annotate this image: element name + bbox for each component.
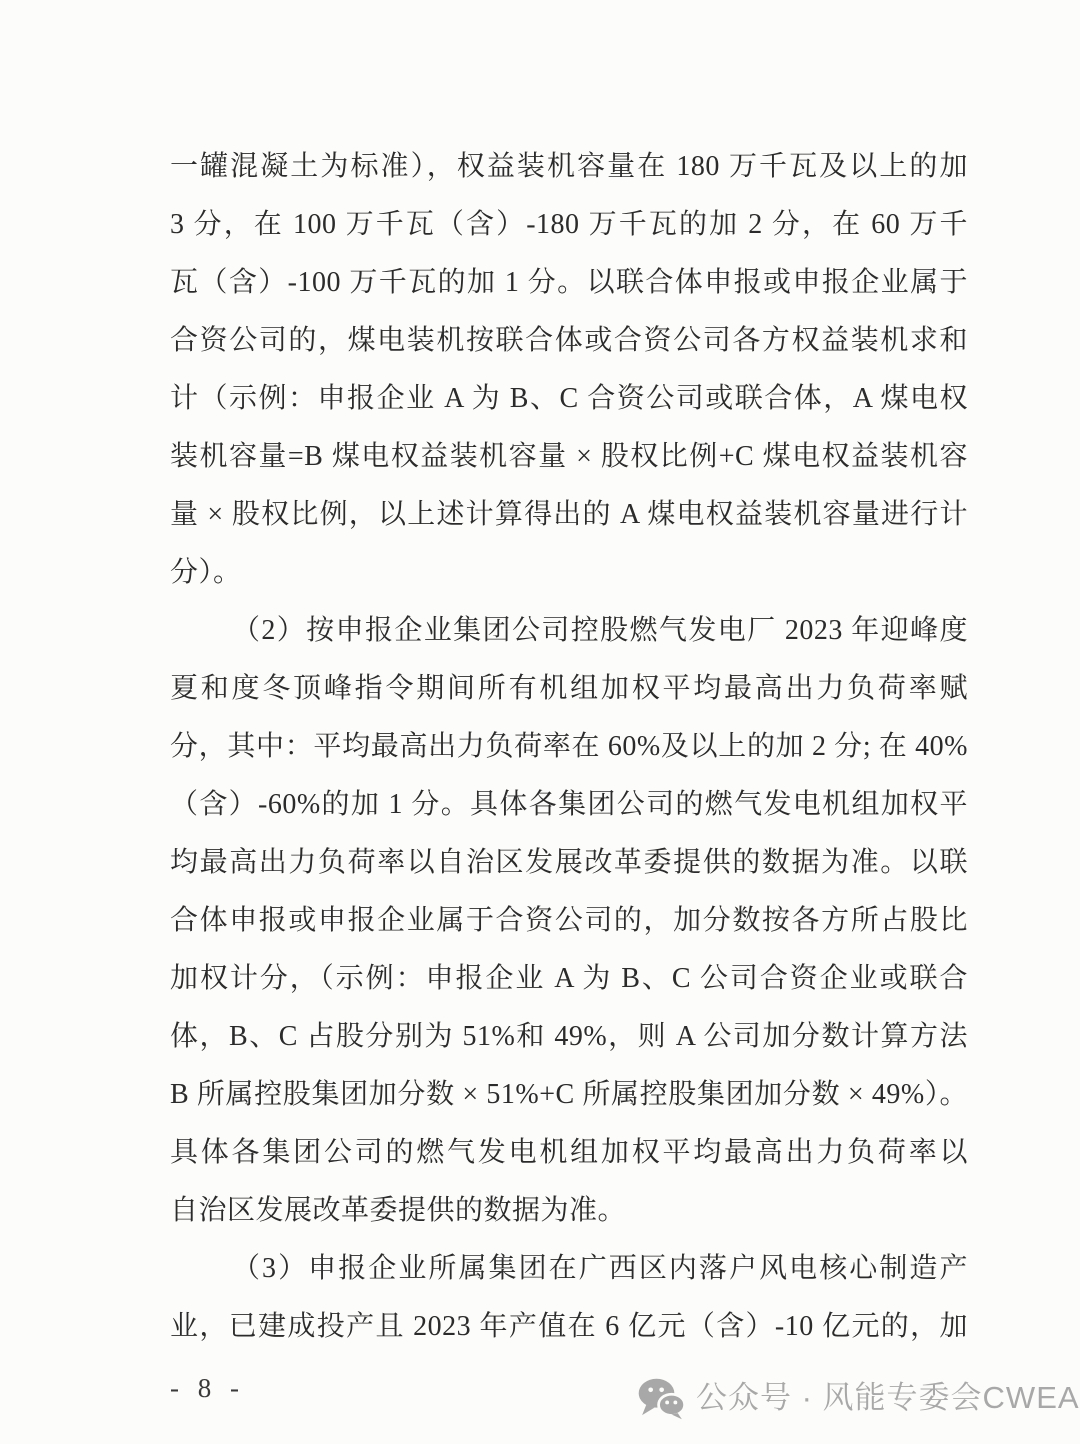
- text-line: 量 × 股权比例，以上述计算得出的 A 煤电权益装机容量进行计: [170, 486, 968, 544]
- text-line: 合资公司的，煤电装机按联合体或合资公司各方权益装机求和: [170, 312, 968, 370]
- page-number: - 8 -: [170, 1368, 245, 1408]
- text-line: 分，其中：平均最高出力负荷率在 60%及以上的加 2 分; 在 40%: [170, 718, 968, 776]
- text-line: 一罐混凝土为标准），权益装机容量在 180 万千瓦及以上的加: [170, 138, 968, 196]
- text-line: 体，B、C 占股分别为 51%和 49%，则 A 公司加分数计算方法为:: [170, 1008, 968, 1066]
- text-line: 3 分，在 100 万千瓦（含）-180 万千瓦的加 2 分，在 60 万千: [170, 196, 968, 254]
- text-line-paragraph-2-start: （2）按申报企业集团公司控股燃气发电厂 2023 年迎峰度: [170, 602, 968, 660]
- text-line: 分）。: [170, 544, 968, 602]
- text-line: 装机容量=B 煤电权益装机容量 × 股权比例+C 煤电权益装机容: [170, 428, 968, 486]
- text-line: 具体各集团公司的燃气发电机组加权平均最高出力负荷率以: [170, 1124, 968, 1182]
- text-line: 均最高出力负荷率以自治区发展改革委提供的数据为准。以联: [170, 834, 968, 892]
- wechat-watermark: 公众号 · 风能专委会CWEA: [638, 1372, 1080, 1424]
- text-line: 自治区发展改革委提供的数据为准。: [170, 1182, 968, 1240]
- text-line: 加权计分，（示例：申报企业 A 为 B、C 公司合资企业或联合: [170, 950, 968, 1008]
- text-line: 夏和度冬顶峰指令期间所有机组加权平均最高出力负荷率赋: [170, 660, 968, 718]
- document-body: 一罐混凝土为标准），权益装机容量在 180 万千瓦及以上的加 3 分，在 100…: [170, 138, 968, 1356]
- wechat-icon: [638, 1376, 686, 1420]
- text-line: 业，已建成投产且 2023 年产值在 6 亿元（含）-10 亿元的，加: [170, 1298, 968, 1356]
- text-line: 瓦（含）-100 万千瓦的加 1 分。以联合体申报或申报企业属于: [170, 254, 968, 312]
- text-line: （含）-60%的加 1 分。具体各集团公司的燃气发电机组加权平: [170, 776, 968, 834]
- text-line: 合体申报或申报企业属于合资公司的，加分数按各方所占股比: [170, 892, 968, 950]
- text-line: 计（示例：申报企业 A 为 B、C 合资公司或联合体，A 煤电权益: [170, 370, 968, 428]
- text-line-paragraph-3-start: （3）申报企业所属集团在广西区内落户风电核心制造产: [170, 1240, 968, 1298]
- text-line: B 所属控股集团加分数 × 51%+C 所属控股集团加分数 × 49%）。: [170, 1066, 968, 1124]
- document-page: 一罐混凝土为标准），权益装机容量在 180 万千瓦及以上的加 3 分，在 100…: [0, 0, 1080, 1444]
- watermark-text: 公众号 · 风能专委会CWEA: [696, 1376, 1080, 1420]
